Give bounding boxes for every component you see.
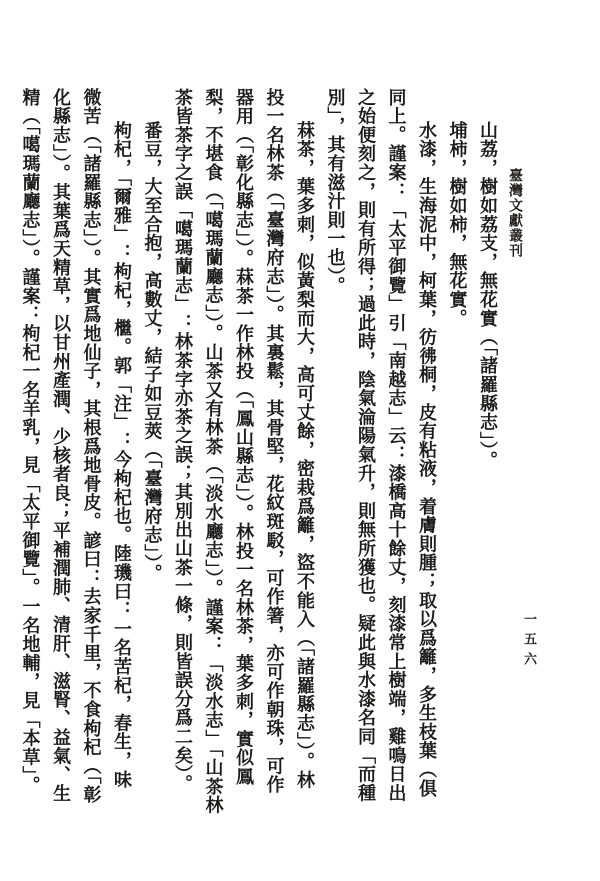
text-column-7: 菻茶，葉多刺，似黃梨而大，高可丈餘，密栽爲籬，盜不能入（「諸羅縣志」）。林 — [290, 88, 321, 881]
text-column-4: 同上。謹案：「太平御覽」引「南越志」云：漆橋高十餘丈，刻漆常上樹端，雞鳴日出 — [381, 88, 412, 881]
series-title: 臺灣文獻叢刊 — [504, 168, 524, 258]
text-column-10: 梨，不堪食（「噶瑪蘭廳志」）。山茶又有林茶（「淡水廳志」）。謹案：「淡水志」「山… — [198, 88, 229, 881]
text-column-15: 化縣志」）。其葉爲天精草，以甘州產潤、少核者良；平補潤肺、清肝、滋腎、益氣、生 — [46, 88, 77, 881]
text-column-8: 投一名林茶（「臺灣府志」）。其裏鬆，其骨堅，花紋斑駁，可作箸，亦可作朝珠，可作 — [259, 88, 290, 881]
text-column-5: 之始便刻之，則有所得；過此時，陰氣淪陽氣升，則無所獲也。疑此與水漆名同「而種 — [351, 88, 382, 881]
text-column-13: 枸杞，「爾雅」：枸杞，檵。郭「注」：今枸杞也。陸璣曰：一名苦杞，春生，味 — [107, 88, 138, 881]
text-body: 山荔，樹如荔支，無花實（「諸羅縣志」）。埔柿，樹如柿，無花實。水漆，生海泥中，柯… — [15, 88, 503, 881]
text-column-2: 埔柿，樹如柿，無花實。 — [442, 88, 473, 881]
text-column-6: 別」，其有滋汁則一也）。 — [320, 88, 351, 881]
text-column-1: 山荔，樹如荔支，無花實（「諸羅縣志」）。 — [473, 88, 504, 881]
scanned-book-page: 臺灣文獻叢刊 山荔，樹如荔支，無花實（「諸羅縣志」）。埔柿，樹如柿，無花實。水漆… — [0, 0, 600, 881]
folio-page-number: 一五六 — [520, 612, 539, 672]
text-column-3: 水漆，生海泥中，柯葉，彷彿桐，皮有粘液，着膚則腫；取以爲籬，多生枝葉（俱 — [412, 88, 443, 881]
text-column-9: 器用（「彰化縣志」）。菻茶一作林投（「鳳山縣志」）。林投一名林茶，葉多刺，實似鳳 — [229, 88, 260, 881]
text-column-14: 微苦（「諸羅縣志」）。其實爲地仙子，其根爲地骨皮。諺曰：去家千里，不食枸杞（「彰 — [76, 88, 107, 881]
text-column-12: 番豆，大至合抱，高數丈，結子如豆莢（「臺灣府志」）。 — [137, 88, 168, 881]
text-column-11: 茶皆茶字之誤「噶瑪蘭志」：林茶字亦茶之誤；其別出山茶一條，則皆誤分爲二矣）。 — [168, 88, 199, 881]
text-column-16: 精（「噶瑪蘭廳志」）。謹案：枸杞一名羊乳，見「太平御覽」。一名地輔，見「本草」。 — [15, 88, 46, 881]
